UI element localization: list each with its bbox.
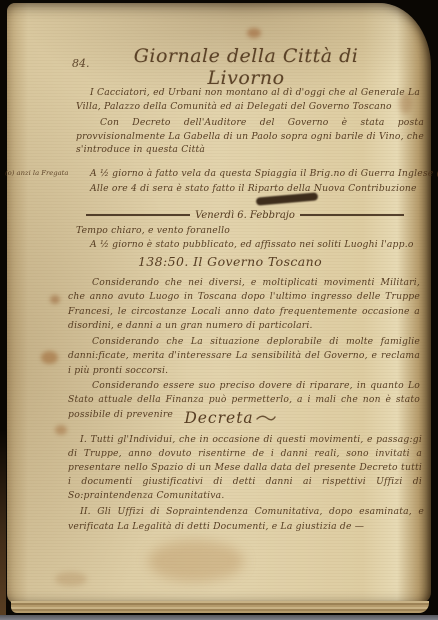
margin-note: (o) anzi la Fregata xyxy=(5,169,71,177)
decreta-header: Decreta xyxy=(163,409,297,427)
manuscript-content: 84. Giornale della Città di Livorno I Ca… xyxy=(0,0,438,620)
date-header-row: Venerdì 6. Febbrajo xyxy=(86,207,404,223)
section-header-governo-toscano: 138:50. Il Governo Toscano xyxy=(105,254,355,269)
paragraph-ship-departure: A ½ giorno à fatto vela da questa Spiagg… xyxy=(90,167,438,181)
date-rule-left xyxy=(86,214,190,216)
date-rule-right xyxy=(300,214,404,216)
date-header: Venerdì 6. Febbrajo xyxy=(195,210,295,221)
paragraph-wine-tax-decree: Con Decreto dell'Auditore del Governo è … xyxy=(76,116,424,157)
page-title: Giornale della Città di Livorno xyxy=(96,45,396,89)
paragraph-considerando-1: Considerando che nei diversi, e moltipli… xyxy=(68,276,420,334)
decreta-label: Decreta xyxy=(184,409,253,427)
paragraph-decree-article-1: I. Tutti gl'Individui, che in occasione … xyxy=(68,433,422,503)
paragraph-weather: Tempo chiaro, e vento foranello xyxy=(76,224,230,238)
paragraph-considerando-2: Considerando che La situazione deplorabi… xyxy=(68,335,420,378)
paragraph-publication: A ½ giorno è stato pubblicato, ed affiss… xyxy=(90,238,414,252)
page-number: 84. xyxy=(72,57,90,70)
manuscript-photo: 84. Giornale della Città di Livorno I Ca… xyxy=(0,0,438,620)
paragraph-decree-article-2: II. Gli Uffizi di Sopraintendenza Comuni… xyxy=(68,505,424,534)
paragraph-guard-duty: I Cacciatori, ed Urbani non montano al d… xyxy=(76,86,420,113)
decreta-flourish-stroke xyxy=(256,413,276,423)
paragraph-contribution-allotment: Alle ore 4 di sera è stato fatto il Ripa… xyxy=(90,182,417,196)
